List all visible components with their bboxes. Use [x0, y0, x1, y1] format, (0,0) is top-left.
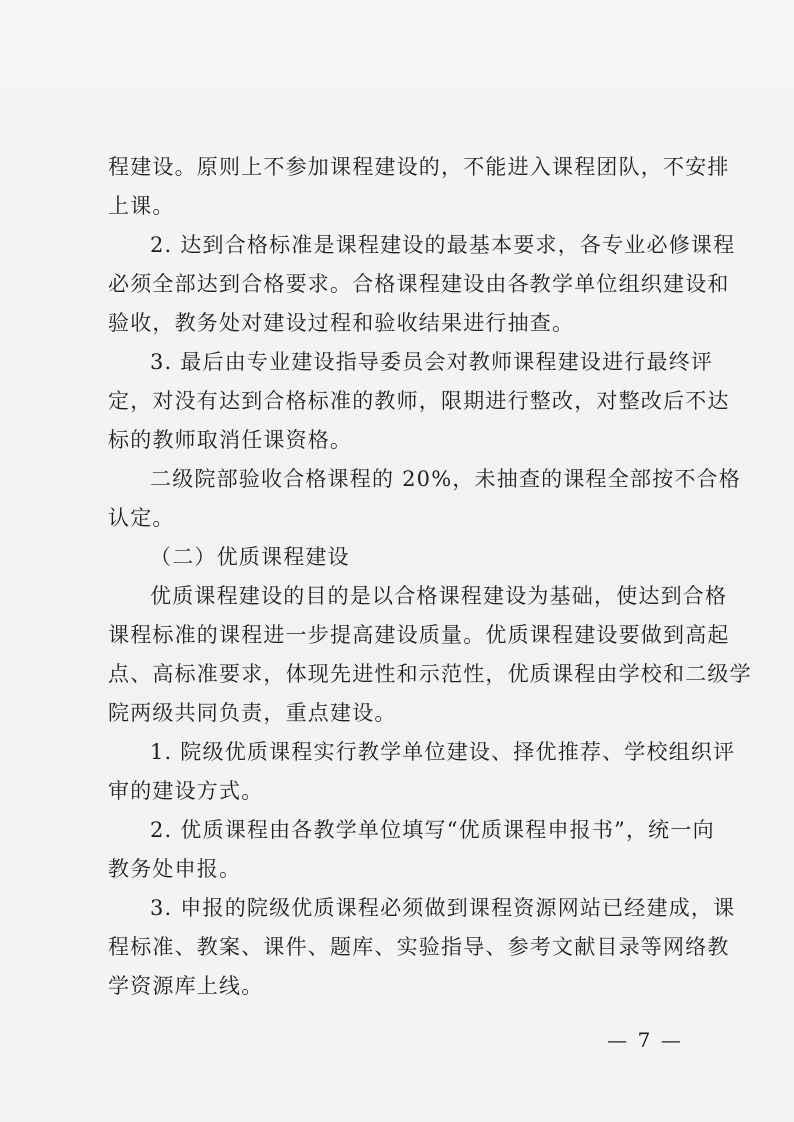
text-line: 院两级共同负责，重点建设。 [108, 694, 698, 733]
list-item-2-line: 2. 优质课程由各教学单位填写“优质课程申报书”，统一向 [108, 811, 698, 850]
section-heading: （二）优质课程建设 [108, 538, 698, 577]
paragraph-line: 优质课程建设的目的是以合格课程建设为基础，使达到合格 [108, 577, 698, 616]
text-line: 认定。 [108, 499, 698, 538]
text-line: 上课。 [108, 187, 698, 226]
text-line: 学资源库上线。 [108, 967, 698, 1006]
text-line: 程建设。原则上不参加课程建设的，不能进入课程团队，不安排 [108, 148, 698, 187]
text-line: 审的建设方式。 [108, 772, 698, 811]
list-item-1-line: 1. 院级优质课程实行教学单位建设、择优推荐、学校组织评 [108, 733, 698, 772]
text-line: 验收，教务处对建设过程和验收结果进行抽查。 [108, 304, 698, 343]
page-number: — 7 — [605, 1025, 685, 1055]
list-item-3-line: 3. 申报的院级优质课程必须做到课程资源网站已经建成，课 [108, 889, 698, 928]
text-line: 必须全部达到合格要求。合格课程建设由各教学单位组织建设和 [108, 265, 698, 304]
text-line: 教务处申报。 [108, 850, 698, 889]
text-line: 定，对没有达到合格标准的教师，限期进行整改，对整改后不达 [108, 382, 698, 421]
text-line: 程标准、教案、课件、题库、实验指导、参考文献目录等网络教 [108, 928, 698, 967]
document-page: 程建设。原则上不参加课程建设的，不能进入课程团队，不安排 上课。 2. 达到合格… [0, 0, 794, 1122]
list-item-3-line: 3. 最后由专业建设指导委员会对教师课程建设进行最终评 [108, 343, 698, 382]
list-item-2-line: 2. 达到合格标准是课程建设的最基本要求，各专业必修课程 [108, 226, 698, 265]
document-body: 程建设。原则上不参加课程建设的，不能进入课程团队，不安排 上课。 2. 达到合格… [108, 148, 698, 1006]
text-line: 课程标准的课程进一步提高建设质量。优质课程建设要做到高起 [108, 616, 698, 655]
text-line: 标的教师取消任课资格。 [108, 421, 698, 460]
text-line: 点、高标准要求，体现先进性和示范性，优质课程由学校和二级学 [108, 655, 698, 694]
paragraph-line: 二级院部验收合格课程的 20%，未抽查的课程全部按不合格 [108, 460, 698, 499]
